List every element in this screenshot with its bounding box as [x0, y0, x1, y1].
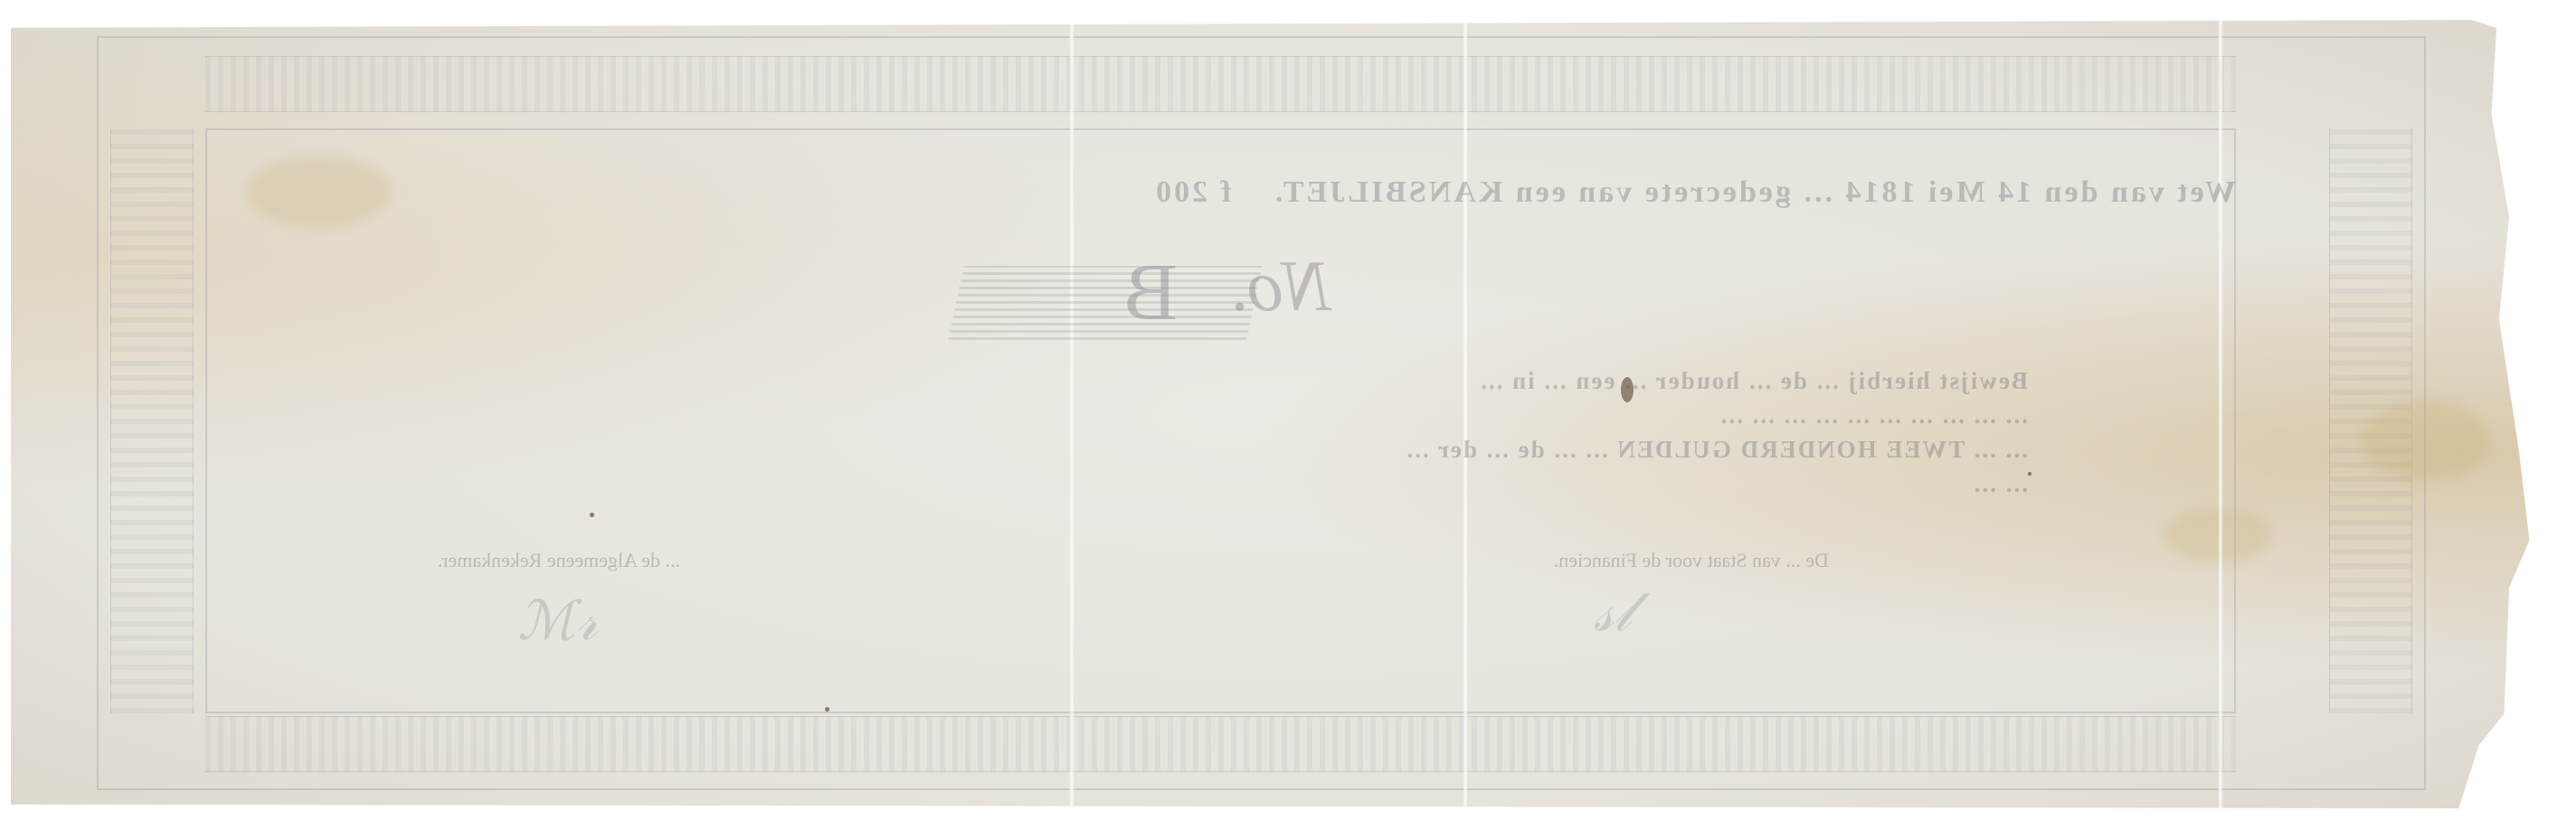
ink-spot	[2028, 472, 2031, 476]
ink-spot	[825, 707, 829, 712]
signature-scribble: ℳ𝓇	[517, 590, 598, 653]
ink-spot	[590, 513, 594, 517]
signature-caption-left: ... de Algemeene Rekenkamer.	[438, 549, 680, 572]
signature-caption-right: De ... van Staat voor de Financien.	[1554, 549, 1829, 572]
signature-scribble: 𝓈𝓁	[1594, 580, 1632, 644]
mirrored-showthrough-layer: Wet van den 14 Mei 1814 ... gedecrete va…	[11, 20, 2534, 808]
body-text: Bewijst hierbij ... de ... houder ... ee…	[327, 363, 2028, 501]
title-line: Wet van den 14 Mei 1814 ... gedecrete va…	[255, 175, 2236, 210]
document-sheet: Wet van den 14 Mei 1814 ... gedecrete va…	[11, 20, 2534, 808]
amount-mark: f 200	[1153, 175, 1231, 209]
handwritten-number-stamp	[948, 266, 1262, 340]
ink-spot	[1621, 377, 1634, 402]
